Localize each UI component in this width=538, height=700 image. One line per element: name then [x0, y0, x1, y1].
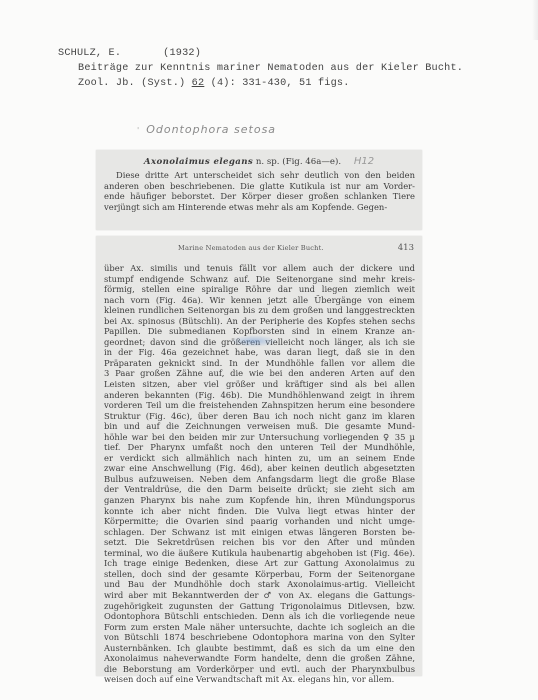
text-line: Präparaten geknickt sind. In der Mundhöh…: [104, 358, 415, 369]
text-line: die Beborstung am Vorderkörper und evtl.…: [104, 664, 415, 675]
text-line: Struktur (Fig. 46c), über deren Bau ich …: [104, 411, 415, 422]
text-line: Form zum ersten Male näher untersuchte, …: [104, 622, 415, 633]
text-line: höhle war bei den beiden mir zur Untersu…: [104, 432, 415, 443]
running-head-title: Marine Nematoden aus der Kieler Bucht.: [104, 244, 398, 252]
journal-volume: 62: [192, 78, 205, 89]
text-line: Bulbus aufzuweisen. Neben dem Anfangsdar…: [104, 474, 415, 485]
text-line: tief. Der Pharynx umfaßt noch den untere…: [104, 442, 415, 453]
text-line: konnte ich aber nicht finden. Die Vulva …: [104, 506, 415, 517]
text-line: zwar eine Anschwellung (Fig. 46d), aber …: [104, 463, 415, 474]
running-head: Marine Nematoden aus der Kieler Bucht. 4…: [96, 236, 422, 253]
handwritten-species-note: 'Odontophora setosa: [137, 123, 276, 136]
text-line: Ich trage einige Bedenken, diese Art zur…: [104, 558, 415, 569]
clipping-species-description: Axonolaimus elegans n. sp. (Fig. 46a—e).…: [96, 150, 422, 230]
text-line: nach vorn (Fig. 46a). Wir kennen jetzt a…: [104, 295, 415, 306]
clipping2-text: über Ax. similis und tenuis fällt vor al…: [96, 253, 422, 685]
text-line: der Ventraldrüse, die den Darm beiseite …: [104, 484, 415, 495]
text-line: über Ax. similis und tenuis fällt vor al…: [104, 263, 415, 274]
text-line: verjüngt sich am Hinterende etwas mehr a…: [104, 202, 415, 213]
text-line: setzt. Die Sekretdrüsen reichen bis vor …: [104, 537, 415, 548]
text-line: vorderen Teil um die freistehenden Zahns…: [104, 400, 415, 411]
species-name: Axonolaimus elegans: [144, 157, 253, 167]
text-line: terminal, wo die äußere Kutikula haubena…: [104, 548, 415, 559]
text-line: und Bau der Mundhöhle doch stark Axonola…: [104, 579, 415, 590]
tick-mark: ': [137, 126, 140, 135]
text-line: in der Fig. 46a gezeichnet habe, was dar…: [104, 347, 415, 358]
text-line: wird aber mit Bekanntwerden der ♂ von Ax…: [104, 590, 415, 601]
handwritten-margin-mark: H12: [354, 156, 374, 167]
text-line: Diese dritte Art unterscheidet sich sehr…: [104, 170, 415, 181]
text-line: von Bütschli 1874 beschriebene Odontopho…: [104, 632, 415, 643]
text-line: Austernbänken. Ich glaubte bestimmt, daß…: [104, 643, 415, 654]
text-line: kleinen rundlichen Seitenorgan bis zu de…: [104, 305, 415, 316]
text-line: Körpermitte; die Ovarien sind paarig vor…: [104, 516, 415, 527]
text-line: anderen bekannten (Fig. 46b). Die Mundhö…: [104, 390, 415, 401]
card-edge: [532, 0, 538, 40]
clipping1-text: Diese dritte Art unterscheidet sich sehr…: [96, 168, 422, 212]
text-line: ende häufiger beborstet. Der Körper dies…: [104, 191, 415, 202]
text-line: Axonolaimus naheverwandte Form handelte,…: [104, 653, 415, 664]
text-line: geordnet; davon sind die größeren vielle…: [104, 337, 415, 348]
species-suffix: n. sp. (Fig. 46a—e).: [256, 157, 341, 167]
text-line: zugehörigkeit zugunsten der Gattung Trig…: [104, 601, 415, 612]
journal-name: Zool. Jb. (Syst.): [78, 78, 185, 89]
citation-author: SCHULZ, E.: [58, 46, 121, 61]
journal-issue-pages: (4): 331-430, 51 figs.: [211, 78, 350, 89]
species-heading: Axonolaimus elegans n. sp. (Fig. 46a—e).…: [96, 150, 422, 168]
handwritten-text: Odontophora setosa: [146, 123, 276, 136]
text-line: Papillen. Die submedianen Kopfborsten si…: [104, 326, 415, 337]
text-line: förmig, stellen eine spiralige Röhre dar…: [104, 284, 415, 295]
text-line: weisen doch auf eine Verwandtschaft mit …: [104, 674, 415, 685]
text-line: bin und auf die Zeichnungen verweisen mu…: [104, 421, 415, 432]
text-line: er verdickt sich allmählich nach hinten …: [104, 453, 415, 464]
text-line: 3 Paar großen Zähne auf, die wie bei den…: [104, 368, 415, 379]
citation-journal: Zool. Jb. (Syst.) 62 (4): 331-430, 51 fi…: [58, 76, 463, 91]
text-line: Odontophora Bütschli entschieden. Denn a…: [104, 611, 415, 622]
citation-block: SCHULZ, E. (1932) Beiträge zur Kenntnis …: [58, 46, 463, 91]
text-line: Leisten sitzen, aber viel größer und krä…: [104, 379, 415, 390]
text-line: stumpf endigende Schwanz auf. Die Seiten…: [104, 274, 415, 285]
clipping-page-413: Marine Nematoden aus der Kieler Bucht. 4…: [96, 236, 422, 676]
page-number: 413: [398, 243, 414, 253]
text-line: schlagen. Der Schwanz ist mit einigen et…: [104, 527, 415, 538]
text-line: anderen oben beschriebenen. Die glatte K…: [104, 181, 415, 192]
text-line: ganzen Pharynx bis nahe zum Kopfende hin…: [104, 495, 415, 506]
citation-title: Beiträge zur Kenntnis mariner Nematoden …: [58, 61, 463, 76]
text-line: stellen, doch sind der gesamte Körperbau…: [104, 569, 415, 580]
text-line: bei Ax. spinosus (Bütschli). An der Peri…: [104, 316, 415, 327]
citation-year: (1932): [163, 46, 201, 61]
